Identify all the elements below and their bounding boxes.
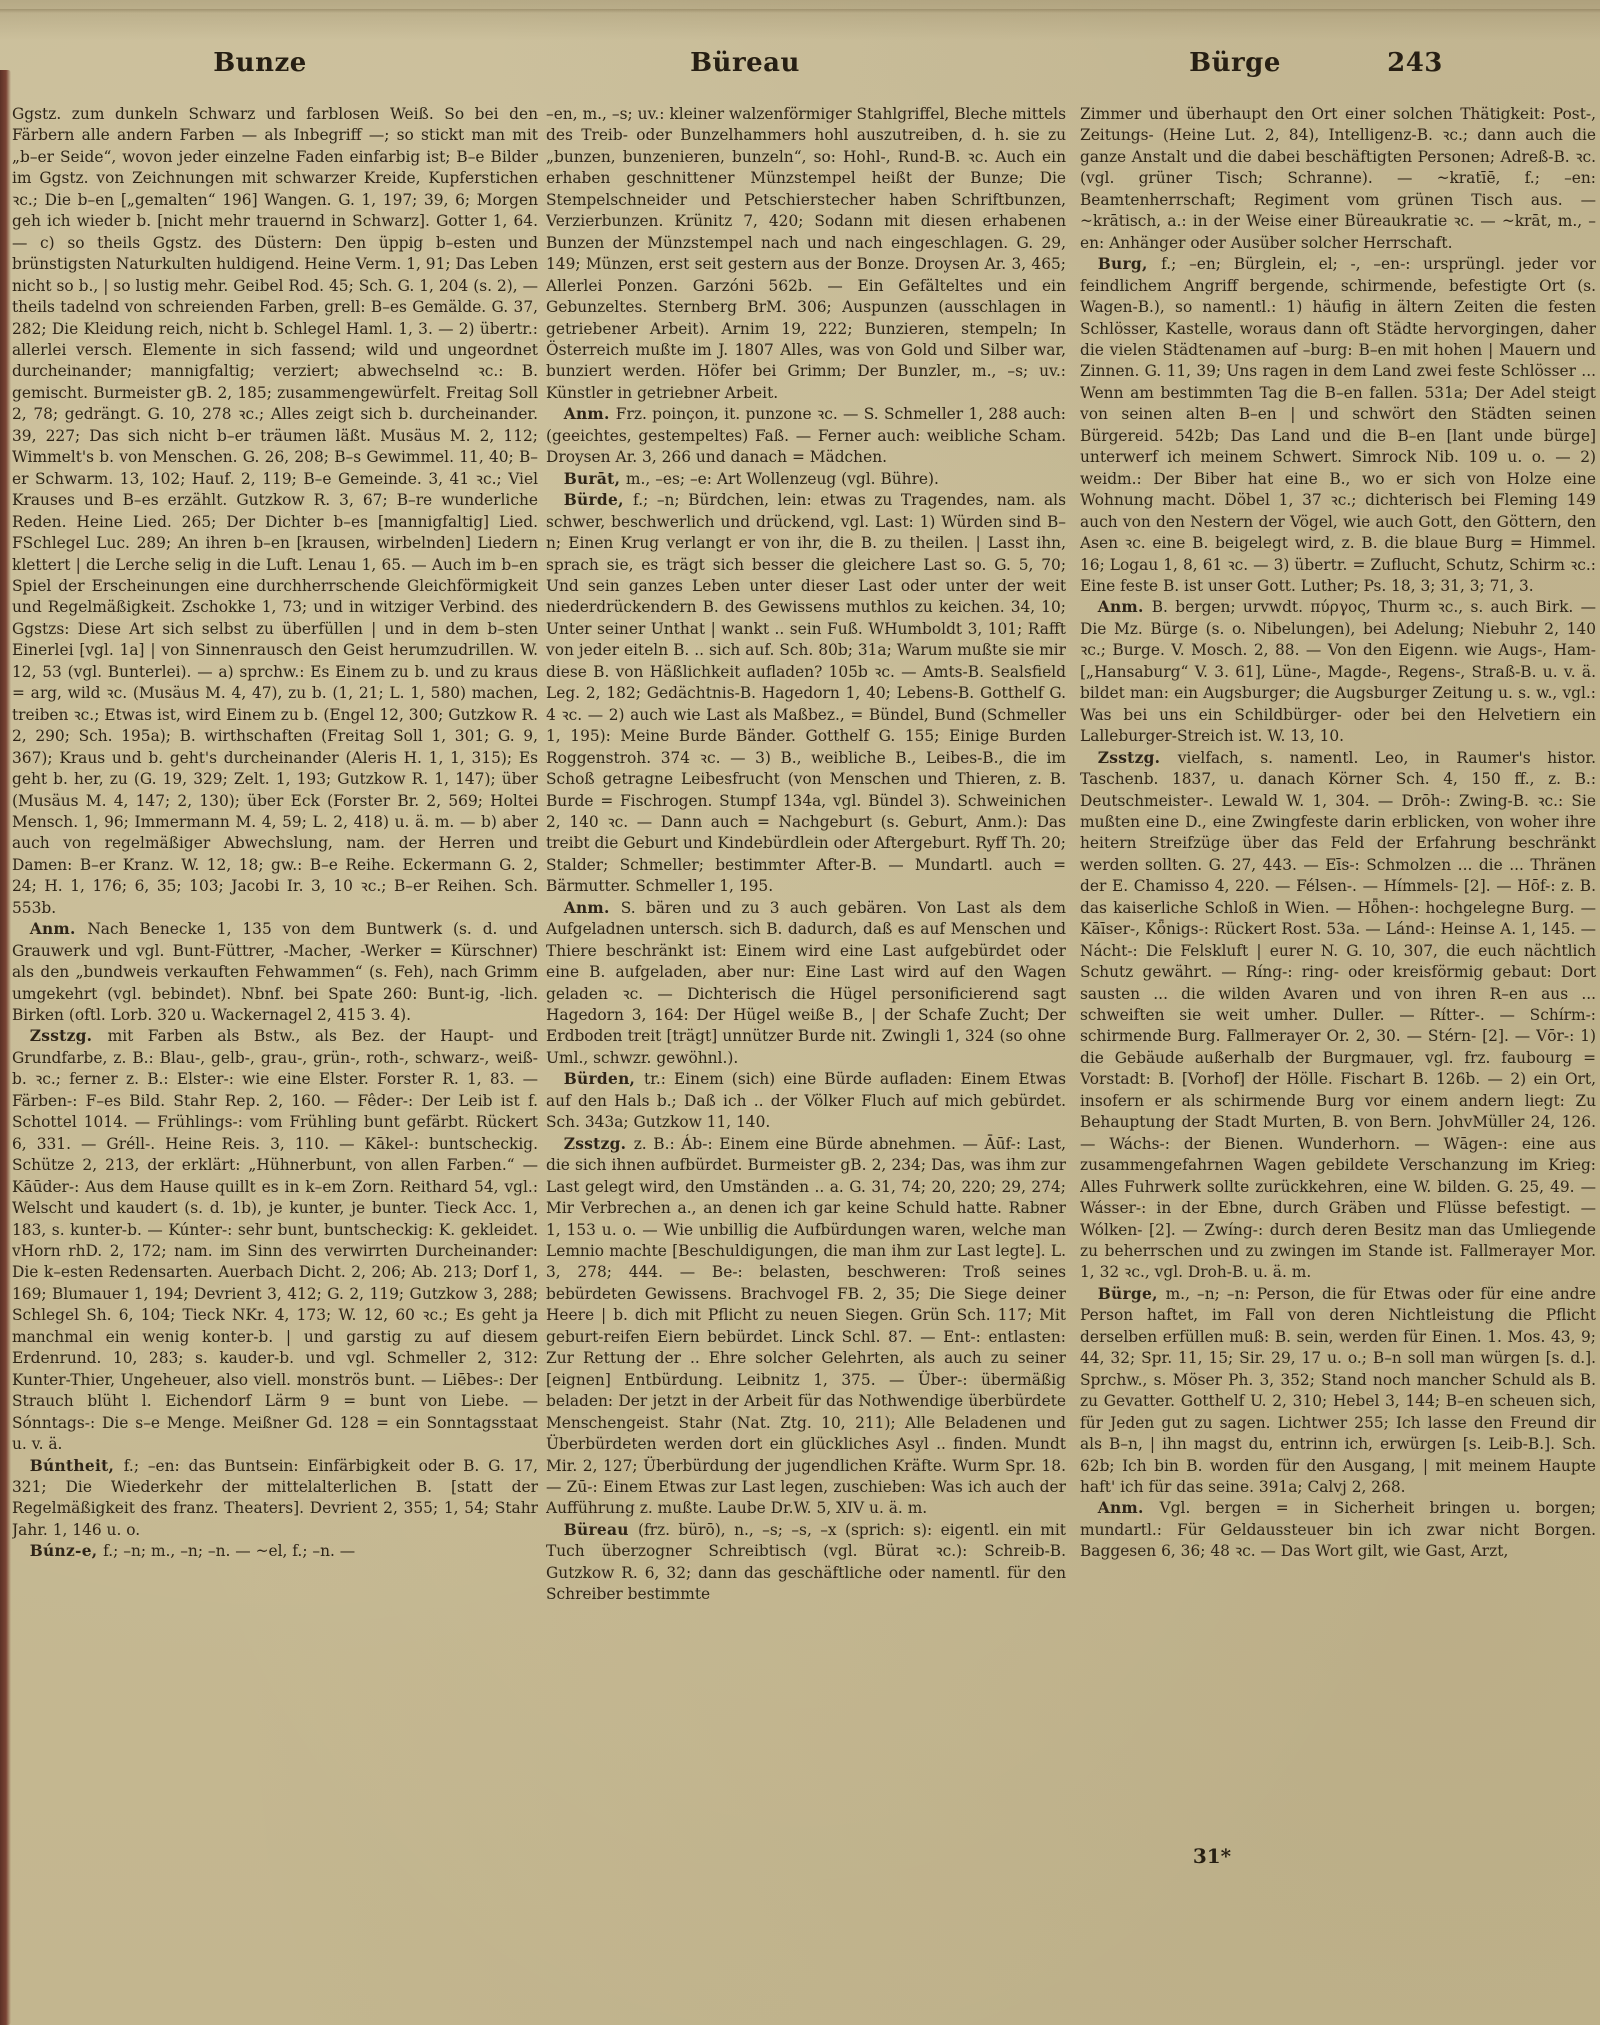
running-head: Bunze Büreau Bürge 243 [0,48,1600,82]
dictionary-paragraph: Bürge, m., –n; –n: Person, die für Etwas… [1080,1284,1596,1499]
dictionary-paragraph: Bürden, tr.: Einem (sich) eine Bürde auf… [546,1069,1066,1133]
dictionary-paragraph: Búntheit, f.; –en: das Buntsein: Einfärb… [12,1456,538,1542]
dictionary-paragraph: Anm. Nach Benecke 1, 135 von dem Buntwer… [12,919,538,1026]
entry-headword: Anm. [564,899,621,917]
entry-headword: Bürge, [1098,1285,1166,1303]
text-column-2: –en, m., –s; uv.: kleiner walzenförmiger… [546,104,1066,1606]
entry-headword: Anm. [564,405,616,423]
dictionary-paragraph: Anm. S. bären und zu 3 auch gebären. Von… [546,898,1066,1070]
dictionary-paragraph: –en, m., –s; uv.: kleiner walzenförmiger… [546,104,1066,404]
entry-headword: Anm. [1098,1499,1160,1517]
text-column-3: Zimmer und überhaupt den Ort einer solch… [1080,104,1596,1563]
page-number: 243 [1387,48,1443,78]
scanned-dictionary-page: { "page": { "paper_color": "#c8bc97", "i… [0,0,1600,2025]
entry-headword: Bürden, [564,1070,644,1088]
entry-headword: Búntheit, [30,1457,124,1475]
dictionary-paragraph: Bürde, f.; –n; Bürdchen, lein: etwas zu … [546,490,1066,898]
page-top-edge [0,9,1600,13]
entry-headword: Bürde, [564,491,633,509]
dictionary-paragraph: Ggstz. zum dunkeln Schwarz und farblosen… [12,104,538,919]
dictionary-paragraph: Zsstzg. mit Farben als Bstw., als Bez. d… [12,1026,538,1455]
entry-headword: Burg, [1098,255,1161,273]
entry-headword: Anm. [30,920,88,938]
entry-headword: Zsstzg. [30,1027,108,1045]
entry-headword: Zsstzg. [564,1135,634,1153]
entry-headword: Búnz-e, [30,1542,103,1560]
dictionary-paragraph: Büreau (frz. bürō), n., –s; –s, –x (spri… [546,1520,1066,1606]
running-head-keyword-left: Bunze [213,48,307,78]
running-head-keyword-right: Bürge [1189,48,1281,78]
entry-headword: Anm. [1098,598,1152,616]
entry-headword: Zsstzg. [1098,749,1178,767]
dictionary-paragraph: Anm. Vgl. bergen = in Sicherheit bringen… [1080,1498,1596,1562]
text-column-1: Ggstz. zum dunkeln Schwarz und farblosen… [12,104,538,1563]
running-head-keyword-center: Büreau [690,48,800,78]
dictionary-paragraph: Anm. B. bergen; urvwdt. πύργος, Thurm ꝛc… [1080,597,1596,747]
dictionary-paragraph: Zsstzg. z. B.: Áb-: Einem eine Bürde abn… [546,1134,1066,1520]
dictionary-paragraph: Burg, f.; –en; Bürglein, el; -, –en-: ur… [1080,254,1596,597]
signature-mark: 31* [1193,1844,1231,1868]
dictionary-paragraph: Anm. Frz. poinçon, it. punzone ꝛc. — S. … [546,404,1066,468]
entry-headword: Burāt, [564,470,626,488]
entry-headword: Büreau [564,1521,638,1539]
dictionary-paragraph: Zsstzg. vielfach, s. namentl. Leo, in Ra… [1080,748,1596,1284]
dictionary-paragraph: Zimmer und überhaupt den Ort einer solch… [1080,104,1596,254]
dictionary-paragraph: Burāt, m., –es; –e: Art Wollenzeug (vgl.… [546,469,1066,490]
page-left-binding-edge [0,70,11,2025]
dictionary-paragraph: Búnz-e, f.; –n; m., –n; –n. — ~el, f.; –… [12,1541,538,1562]
